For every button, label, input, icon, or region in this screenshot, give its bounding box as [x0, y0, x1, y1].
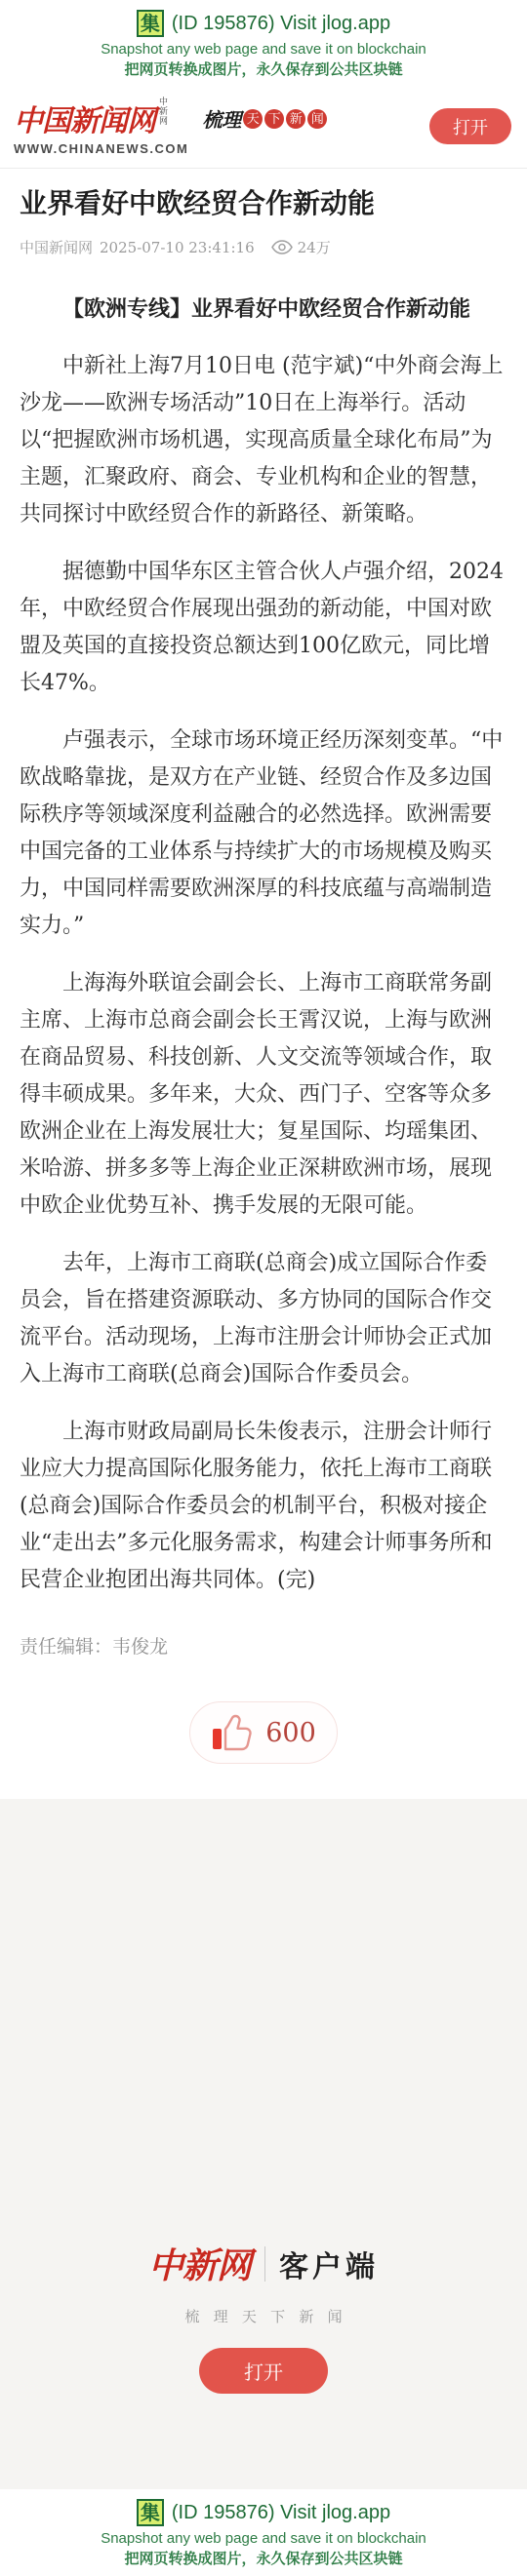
article-meta: 中国新闻网 2025-07-10 23:41:16 24万: [20, 237, 507, 257]
page: 集 (ID 195876) Visit jlog.app Snapshot an…: [0, 0, 527, 2576]
jlog-banner-top[interactable]: 集 (ID 195876) Visit jlog.app Snapshot an…: [0, 0, 527, 87]
open-app-button-footer[interactable]: 打开: [199, 2348, 328, 2394]
jlog-subtitle-zh: 把网页转换成图片，永久保存到公共区块链: [0, 2548, 527, 2568]
article-body: 【欧洲专线】业界看好中欧经贸合作新动能 中新社上海7月10日电 (范宇斌)“中外…: [20, 291, 507, 1599]
paragraph: 上海海外联谊会副会长、上海市工商联常务副主席、上海市总商会副会长王霄汉说，上海与…: [20, 965, 507, 1225]
editor-credit: 责任编辑：韦俊龙: [20, 1632, 507, 1659]
paragraph: 上海市财政局副局长朱俊表示，注册会计师行业应大力提高国际化服务能力，依托上海市工…: [20, 1414, 507, 1599]
logo-url-text: WWW.CHINANEWS.COM: [14, 141, 188, 156]
page-title: 业界看好中欧经贸合作新动能: [20, 184, 507, 223]
slogan-stamp-icon: 下: [264, 109, 284, 129]
article-datetime: 2025-07-10 23:41:16: [100, 239, 255, 256]
like-count: 600: [265, 1718, 316, 1748]
paragraph: 据德勤中国华东区主管合伙人卢强介绍，2024年，中欧经贸合作展现出强劲的新动能，…: [20, 554, 507, 702]
app-footer: 中新网 客户端 梳理天下新闻 打开: [0, 1799, 527, 2489]
footer-client-label: 客户端: [279, 2243, 379, 2285]
header-slogan: 梳理 天 下 新 闻: [202, 104, 327, 133]
like-button[interactable]: 600: [189, 1701, 338, 1764]
jlog-subtitle-en: Snapshot any web page and save it on blo…: [0, 41, 527, 58]
jlog-banner-bottom[interactable]: 集 (ID 195876) Visit jlog.app Snapshot an…: [0, 2489, 527, 2576]
slogan-stamp-icon: 天: [243, 109, 263, 129]
view-count: 24万: [298, 237, 331, 257]
jlog-id-text[interactable]: (ID 195876) Visit jlog.app: [172, 2502, 390, 2524]
ji-stamp-icon: 集: [137, 2499, 164, 2526]
slogan-stamp-icon: 闻: [307, 109, 327, 129]
paragraph: 【欧洲专线】业界看好中欧经贸合作新动能: [20, 291, 507, 328]
open-app-button-header[interactable]: 打开: [429, 108, 511, 144]
paragraph: 卢强表示，全球市场环境正经历深刻变革。“中欧战略靠拢，是双方在产业链、经贸合作及…: [20, 722, 507, 945]
ji-stamp-icon: 集: [137, 10, 164, 37]
article: 业界看好中欧经贸合作新动能 中国新闻网 2025-07-10 23:41:16 …: [0, 169, 527, 1659]
paragraph: 中新社上海7月10日电 (范宇斌)“中外商会海上沙龙——欧洲专场活动”10日在上…: [20, 348, 507, 533]
paragraph: 去年，上海市工商联(总商会)成立国际合作委员会，旨在搭建资源联动、多方协同的国际…: [20, 1245, 507, 1393]
footer-slogan: 梳理天下新闻: [171, 2306, 356, 2326]
like-section: 600: [0, 1659, 527, 1799]
footer-logo-row: 中新网 客户端: [148, 2239, 379, 2288]
site-header: 中国新闻网 中新网 WWW.CHINANEWS.COM 梳理 天 下 新 闻 打…: [0, 87, 527, 169]
footer-logo-divider: [264, 2246, 265, 2282]
logo-calligraphy: 中国新闻网: [14, 97, 155, 139]
eye-icon: [271, 240, 293, 254]
chinanews-logo[interactable]: 中国新闻网 中新网 WWW.CHINANEWS.COM: [14, 97, 188, 156]
thumbs-up-icon: [211, 1714, 256, 1751]
footer-logo-calligraphy: 中新网: [148, 2239, 251, 2288]
jlog-subtitle-zh: 把网页转换成图片，永久保存到公共区块链: [0, 59, 527, 79]
slogan-prefix: 梳理: [202, 104, 241, 133]
jlog-id-text[interactable]: (ID 195876) Visit jlog.app: [172, 13, 390, 35]
slogan-stamp-icon: 新: [286, 109, 305, 129]
logo-side-text: 中新网: [158, 97, 168, 126]
jlog-subtitle-en: Snapshot any web page and save it on blo…: [0, 2530, 527, 2547]
article-source: 中国新闻网: [20, 237, 93, 257]
